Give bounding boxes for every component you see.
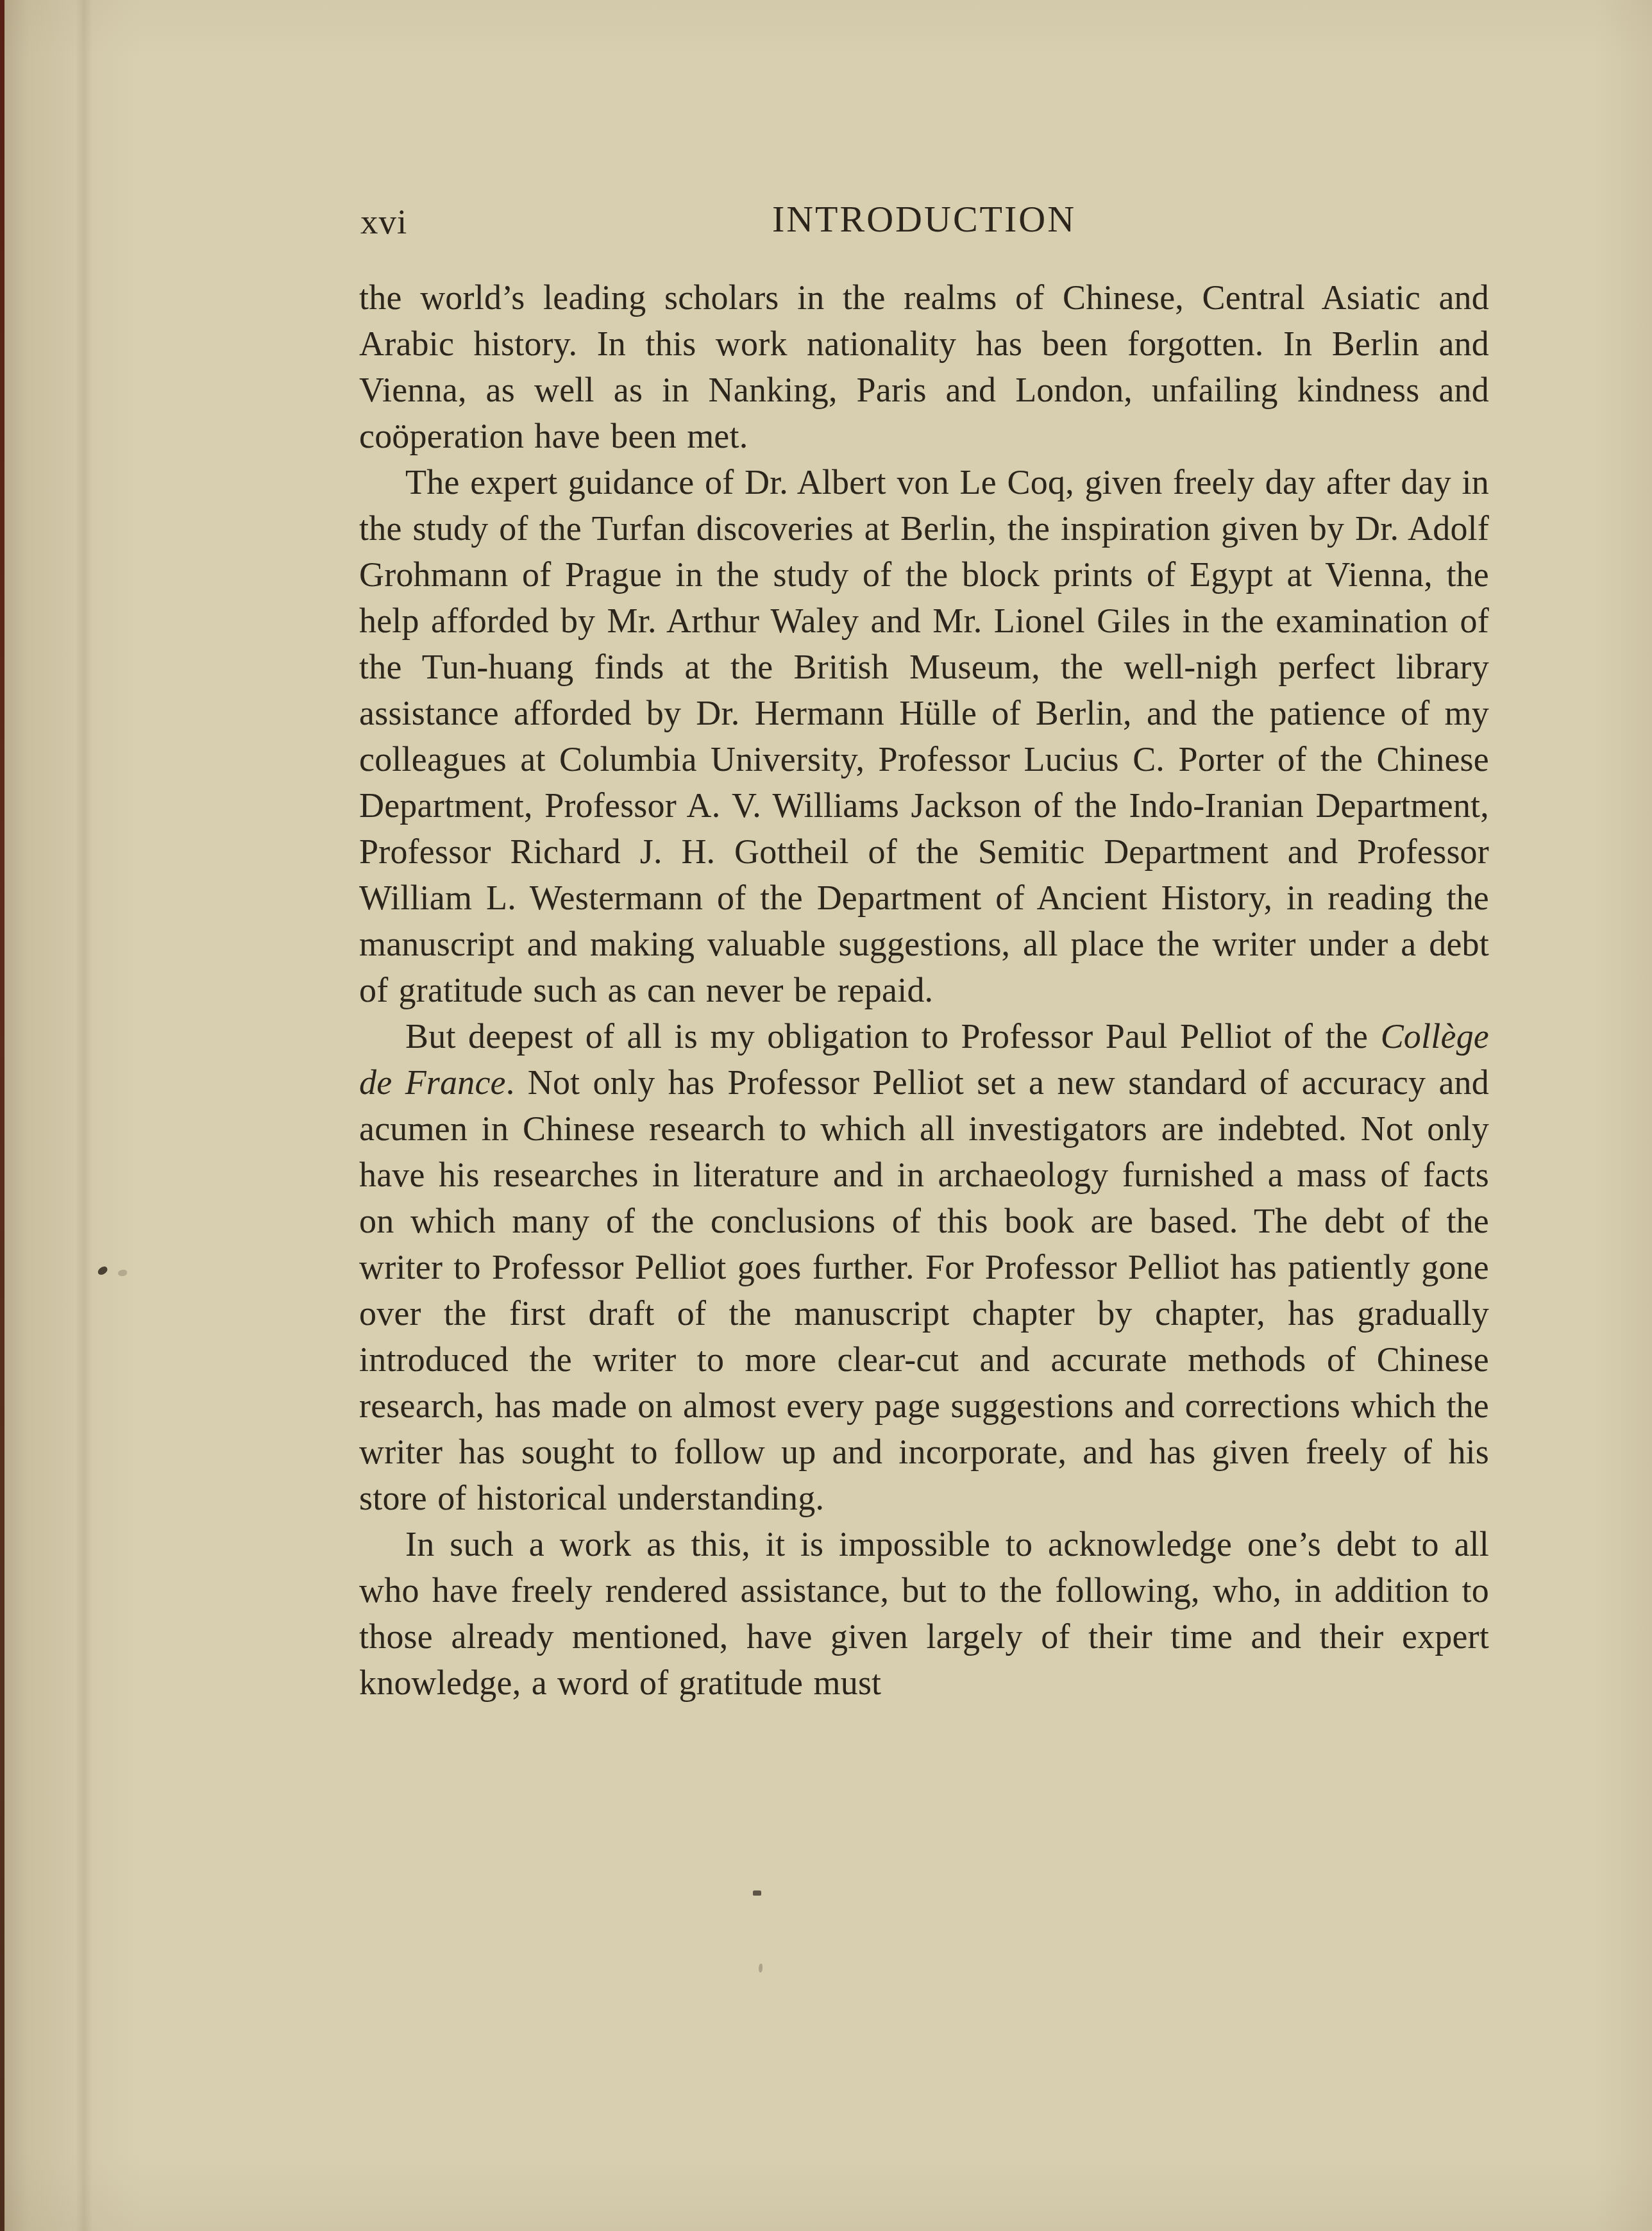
paragraph: The expert guidance of Dr. Albert von Le… (359, 459, 1489, 1013)
page-header: xvi INTRODUCTION (359, 198, 1489, 246)
paragraph: But deepest of all is my obligation to P… (359, 1013, 1489, 1521)
ink-speck (96, 1265, 108, 1276)
binding-edge (0, 0, 4, 2231)
ink-speck (753, 1890, 761, 1896)
running-head-title: INTRODUCTION (359, 198, 1489, 240)
ink-speck (759, 1964, 763, 1973)
page-text-block: the world’s leading scholars in the real… (359, 274, 1489, 1706)
paragraph: In such a work as this, it is impossible… (359, 1521, 1489, 1706)
book-page-scan: xvi INTRODUCTION the world’s leading sch… (0, 0, 1652, 2231)
ink-speck (118, 1270, 127, 1276)
paragraph: the world’s leading scholars in the real… (359, 274, 1489, 459)
page-number: xvi (360, 201, 407, 242)
paragraph-text: . Not only has Professor Pelliot set a n… (359, 1063, 1489, 1517)
paragraph-text: But deepest of all is my obligation to P… (405, 1017, 1381, 1056)
gutter-crease (76, 0, 92, 2231)
